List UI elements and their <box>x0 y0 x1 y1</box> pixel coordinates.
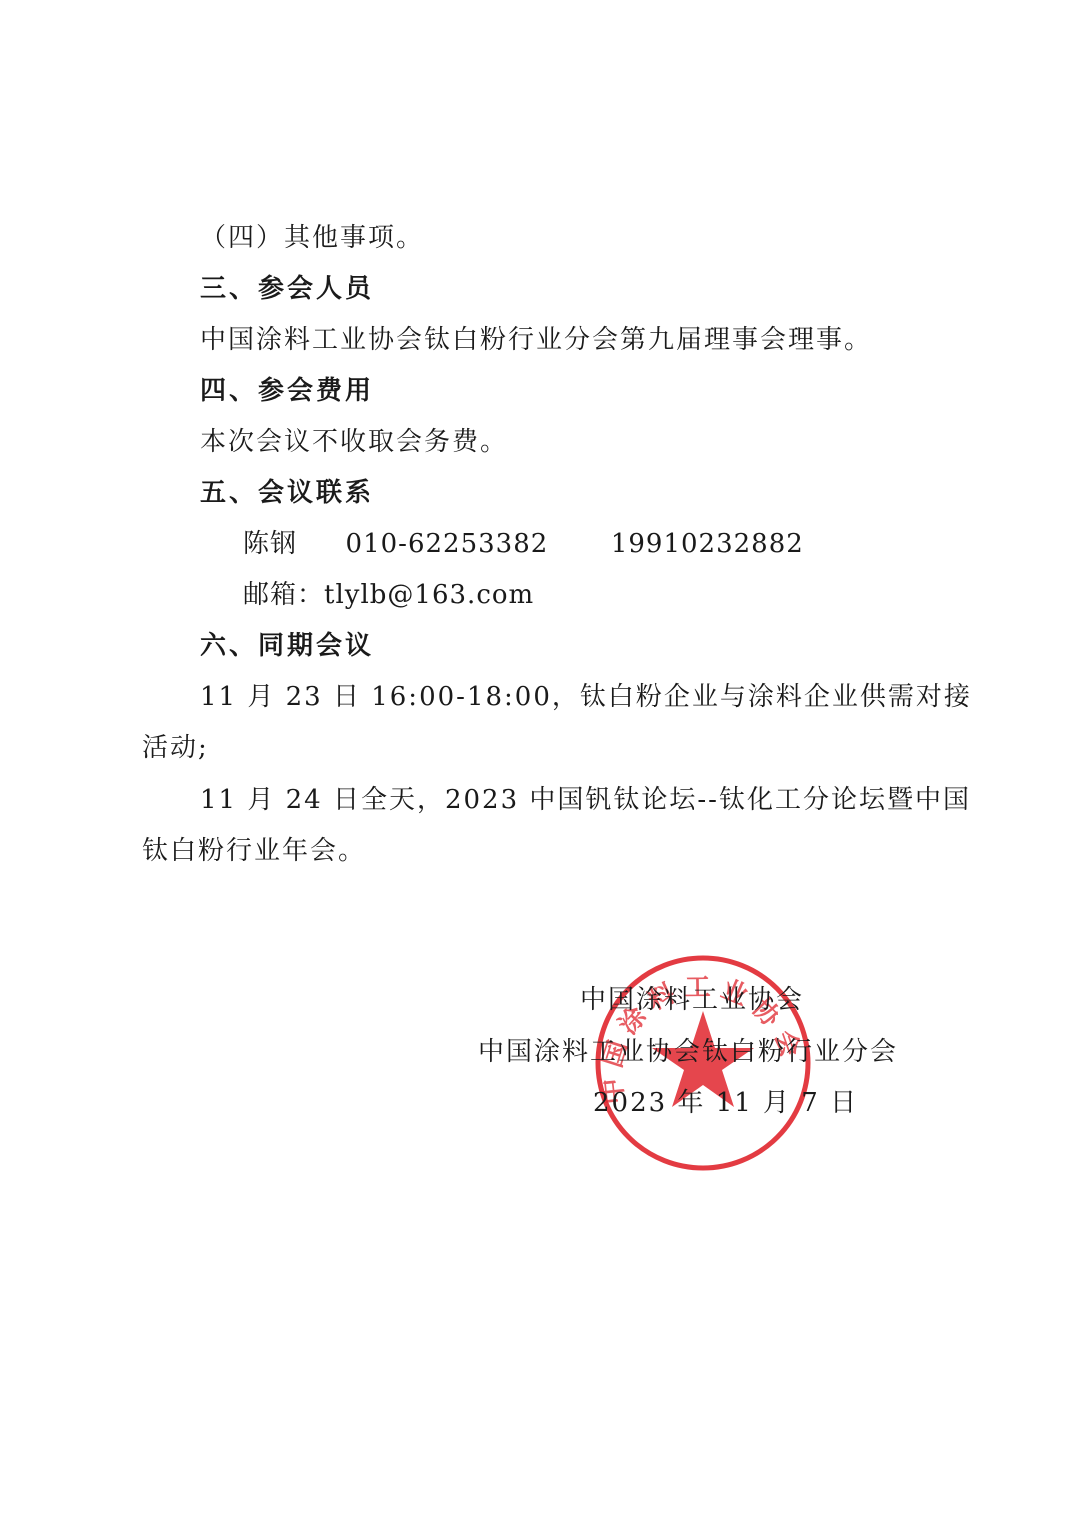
section-heading-attendees: 三、参会人员 <box>200 273 374 305</box>
item-other-matters: （四）其他事项。 <box>200 222 424 254</box>
concurrent-event-1: 11 月 23 日 16:00-18:00，钛白粉企业与涂料企业供需对接 <box>200 681 972 713</box>
contact-phone: 010-62253382 <box>346 529 549 559</box>
concurrent-event-2-wrap: 钛白粉行业年会。 <box>142 835 366 867</box>
contact-name: 陈钢 <box>243 529 297 559</box>
concurrent-event-2: 11 月 24 日全天，2023 中国钒钛论坛--钛化工分论坛暨中国 <box>200 784 971 816</box>
section-heading-concurrent: 六、同期会议 <box>200 630 374 662</box>
signature-org-1: 中国涂料工业协会 <box>580 984 804 1016</box>
signature-org-2: 中国涂料工业协会钛白粉行业分会 <box>478 1036 898 1068</box>
concurrent-event-1-wrap: 活动; <box>142 732 209 764</box>
attendees-text: 中国涂料工业协会钛白粉行业分会第九届理事会理事。 <box>200 324 872 356</box>
section-heading-fees: 四、参会费用 <box>200 375 374 407</box>
contact-mobile: 19910232882 <box>611 529 804 559</box>
section-heading-contact: 五、会议联系 <box>200 477 374 509</box>
email-value: tlylb@163.com <box>324 580 534 610</box>
email-label: 邮箱： <box>243 580 324 610</box>
email-line: 邮箱：tlylb@163.com <box>243 579 534 611</box>
signature-date: 2023 年 11 月 7 日 <box>593 1087 858 1119</box>
fees-text: 本次会议不收取会务费。 <box>200 426 508 458</box>
contact-line: 陈钢 010-62253382 19910232882 <box>243 528 804 560</box>
